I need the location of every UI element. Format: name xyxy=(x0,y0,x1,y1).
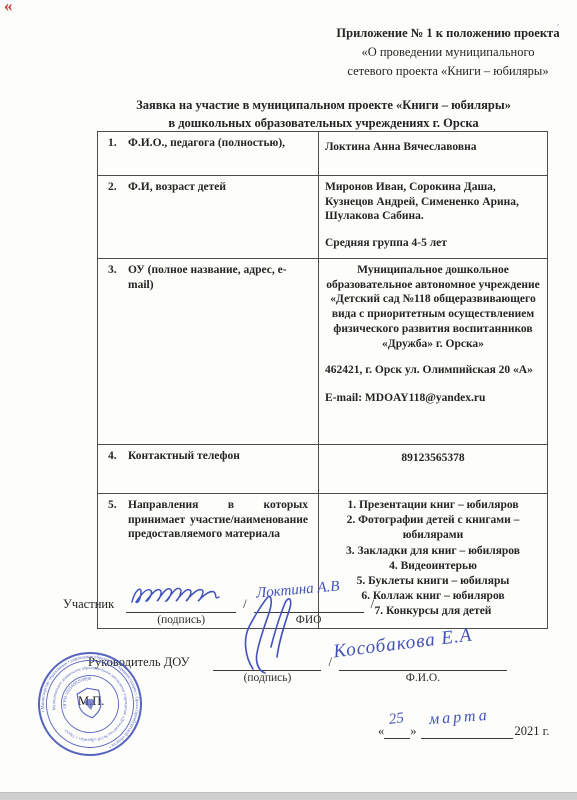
head-fio-ink: Кособакова Е.А xyxy=(332,625,473,664)
stamp-emblem-shield xyxy=(76,686,103,719)
official-stamp: • Министерство образования • управление … xyxy=(27,641,152,766)
date-month-ink: марта xyxy=(428,707,490,729)
table-row: 3. ОУ (полное название, адрес, e-mail) М… xyxy=(98,259,548,445)
date-row: « 25 » марта 2021 г. xyxy=(378,724,549,739)
row4-label: Контактный телефон xyxy=(128,449,312,464)
row3-label-cell: 3. ОУ (полное название, адрес, e-mail) xyxy=(98,259,319,445)
scanned-document-page: « ’ Приложение № 1 к положению проекта «… xyxy=(0,0,577,800)
participant-signature-line: (подпись) xyxy=(126,597,236,613)
row4-value-cell: 89123565378 xyxy=(319,445,548,494)
list-item: Видеоинтерью xyxy=(325,559,541,574)
row3-label: ОУ (полное название, адрес, e-mail) xyxy=(128,263,312,292)
header-line-2: «О проведении муниципального xyxy=(318,43,577,62)
date-month-line: марта xyxy=(421,724,513,739)
participant-signature-row: Участник (подпись) / Локтина А.В ФИО / xyxy=(63,597,381,613)
header-line-3: сетевого проекта «Книги – юбиляры» xyxy=(318,62,577,81)
row1-value-cell: Локтина Анна Вячеславовна xyxy=(319,132,548,176)
podpis-caption: (подпись) xyxy=(213,672,321,684)
row4-label-cell: 4. Контактный телефон xyxy=(98,445,319,494)
table-row: 2. Ф.И, возраст детей Миронов Иван, Соро… xyxy=(98,176,548,259)
contact-phone: 89123565378 xyxy=(325,449,541,466)
close-quote: » xyxy=(410,724,416,739)
row2-number: 2. xyxy=(104,180,128,195)
separator-slash: / xyxy=(371,597,374,613)
scan-artifact-corner: « xyxy=(4,0,13,16)
children-group: Средняя группа 4-5 лет xyxy=(325,236,541,251)
date-day-ink: 25 xyxy=(388,710,405,729)
list-item: Презентации книг – юбиляров xyxy=(325,498,541,513)
organization-address: 462421, г. Орск ул. Олимпийская 20 «А» xyxy=(325,363,541,378)
participant-label: Участник xyxy=(63,597,114,613)
list-item: Буклеты книги – юбиляры xyxy=(325,574,541,589)
row5-number: 5. xyxy=(104,498,128,542)
row2-label: Ф.И, возраст детей xyxy=(128,180,312,195)
title-line-1: Заявка на участие в муниципальном проект… xyxy=(70,96,577,114)
list-item: Фотографии детей с книгами – юбилярами xyxy=(325,513,541,543)
organization-name: Муниципальное дошкольное образовательное… xyxy=(325,263,541,351)
row2-value-cell: Миронов Иван, Сорокина Даша, Кузнецов Ан… xyxy=(319,176,548,259)
title-line-2: в дошкольных образовательных учреждениях… xyxy=(70,114,577,132)
date-year: 2021 г. xyxy=(515,724,550,739)
head-signature-line: (подпись) xyxy=(213,655,321,671)
fio-caption: Ф.И.О. xyxy=(339,672,507,684)
document-header: Приложение № 1 к положению проекта «О пр… xyxy=(318,24,577,80)
row3-number: 3. xyxy=(104,263,128,292)
row1-label-cell: 1. Ф.И.О., педагога (полностью), xyxy=(98,132,319,176)
application-table: 1. Ф.И.О., педагога (полностью), Локтина… xyxy=(97,131,548,629)
row5-label: Направления в которых принимает участие/… xyxy=(128,498,312,542)
head-fio-line: Кособакова Е.А Ф.И.О. xyxy=(339,655,507,671)
children-names: Миронов Иван, Сорокина Даша, Кузнецов Ан… xyxy=(325,180,541,224)
document-title: Заявка на участие в муниципальном проект… xyxy=(70,96,577,132)
row3-value-cell: Муниципальное дошкольное образовательное… xyxy=(319,259,548,445)
row2-label-cell: 2. Ф.И, возраст детей xyxy=(98,176,319,259)
teacher-name: Локтина Анна Вячеславовна xyxy=(325,136,541,155)
organization-email: E-mail: MDOAY118@yandex.ru xyxy=(325,391,541,406)
head-signature-row: Руководитель ДОУ (подпись) / Кособакова … xyxy=(88,655,507,671)
row1-label: Ф.И.О., педагога (полностью), xyxy=(128,136,312,151)
podpis-caption: (подпись) xyxy=(126,614,236,626)
table-row: 1. Ф.И.О., педагога (полностью), Локтина… xyxy=(98,132,548,176)
row4-number: 4. xyxy=(104,449,128,464)
head-signature-ink xyxy=(227,593,307,677)
header-line-1: Приложение № 1 к положению проекта xyxy=(318,24,577,43)
list-item: Закладки для книг – юбиляров xyxy=(325,544,541,559)
table-row: 4. Контактный телефон 89123565378 xyxy=(98,445,548,494)
scan-bottom-edge xyxy=(0,792,577,800)
date-day-line: 25 xyxy=(384,724,410,739)
separator-slash: / xyxy=(328,655,331,671)
row1-number: 1. xyxy=(104,136,128,151)
